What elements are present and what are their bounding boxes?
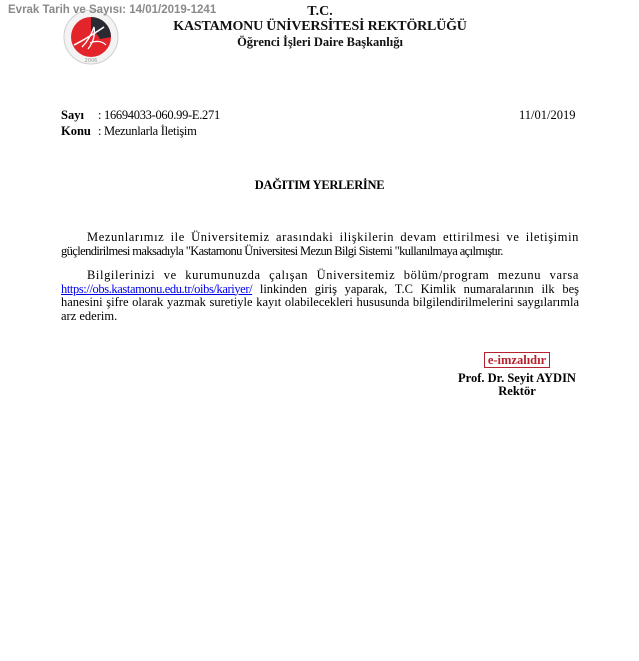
header-department: Öğrenci İşleri Daire Başkanlığı [170, 35, 470, 50]
distribution-heading: DAĞITIM YERLERİNE [0, 178, 639, 193]
document-meta: Sayı: 16694033-060.99-E.271 Konu: Mezunl… [61, 107, 220, 139]
p1-line-1: Mezunlarımız ile Üniversitemiz arasındak… [87, 230, 579, 244]
p2-line-1: Bilgilerinizi ve kurumunuzda çalışan Üni… [87, 268, 579, 282]
signer-title: Rektör [452, 385, 582, 398]
career-link[interactable]: https://obs.kastamonu.edu.tr/oibs/kariye… [61, 282, 252, 296]
university-seal-icon: 2006 [60, 9, 122, 65]
p1-line-2: güçlendirilmesi maksadıyla "Kastamonu Ün… [61, 244, 503, 258]
document-stamp: Evrak Tarih ve Sayısı: 14/01/2019-1241 [8, 4, 216, 16]
svg-text:2006: 2006 [85, 58, 98, 64]
konu-value: : Mezunlarla İletişim [98, 124, 197, 138]
sayi-value: : 16694033-060.99-E.271 [98, 108, 220, 122]
konu-label: Konu [61, 123, 98, 139]
sayi-row: Sayı: 16694033-060.99-E.271 [61, 107, 220, 123]
header-university: KASTAMONU ÜNİVERSİTESİ REKTÖRLÜĞÜ [170, 19, 470, 35]
konu-row: Konu: Mezunlarla İletişim [61, 123, 220, 139]
sayi-label: Sayı [61, 107, 98, 123]
body-paragraph-1: Mezunlarımız ile Üniversitemiz arasındak… [61, 231, 579, 258]
document-date: 11/01/2019 [519, 107, 575, 123]
e-signature-badge: e-imzalıdır [484, 352, 550, 368]
signature-block: e-imzalıdır Prof. Dr. Seyit AYDIN Rektör [452, 351, 582, 398]
body-paragraph-2: Bilgilerinizi ve kurumunuzda çalışan Üni… [61, 269, 579, 323]
